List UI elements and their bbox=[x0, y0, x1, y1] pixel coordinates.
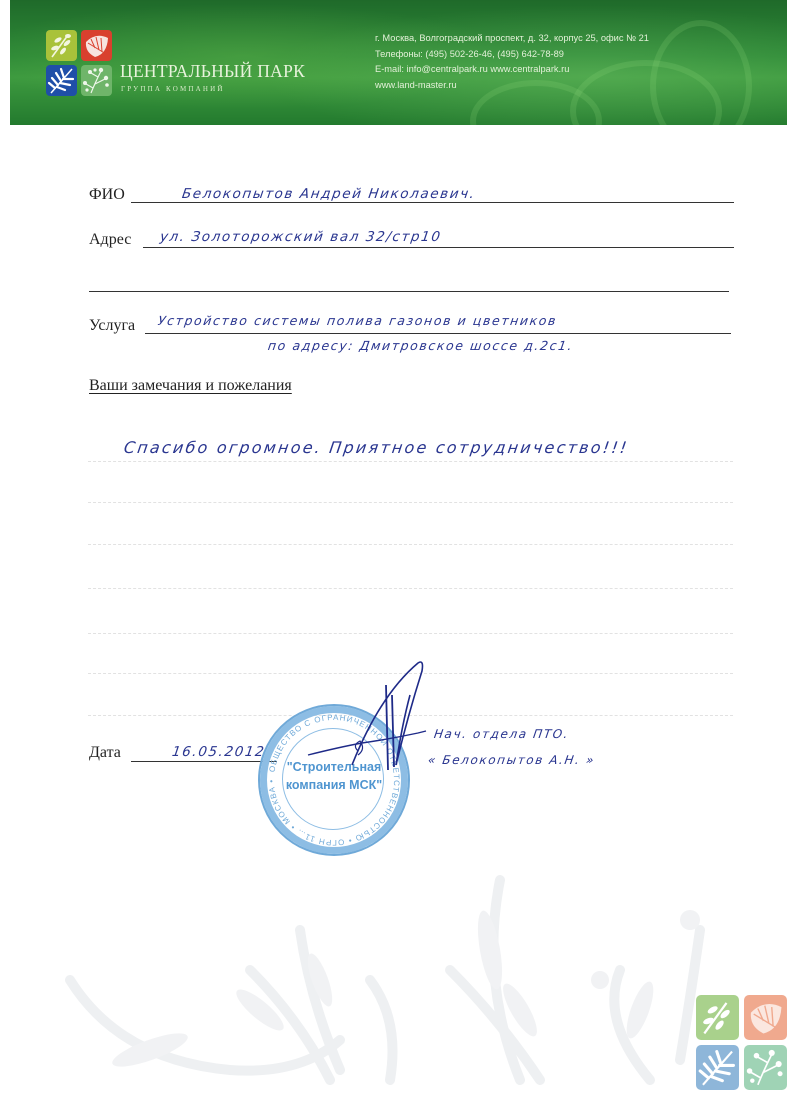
fern-icon bbox=[46, 65, 77, 96]
company-email-web: E-mail: info@centralpark.ru www.centralp… bbox=[375, 62, 649, 78]
company-phones: Телефоны: (495) 502-26-46, (495) 642-78-… bbox=[375, 47, 649, 63]
brand-subtitle: ГРУППА КОМПАНИЙ bbox=[121, 85, 225, 93]
service-label: Услуга bbox=[89, 317, 135, 335]
company-address: г. Москва, Волгоградский проспект, д. 32… bbox=[375, 31, 649, 47]
berries-icon bbox=[744, 1045, 787, 1090]
fio-value: Белокопытов Андрей Николаевич. bbox=[181, 186, 477, 202]
contact-block: г. Москва, Волгоградский проспект, д. 32… bbox=[375, 31, 649, 93]
address-label: Адрес bbox=[89, 231, 131, 249]
brand-name: ЦЕНТРАЛЬНЫЙ ПАРК bbox=[120, 61, 305, 82]
comment-line-4 bbox=[88, 588, 733, 589]
company-logo bbox=[46, 30, 112, 96]
fern-icon bbox=[696, 1045, 739, 1090]
address-line-2 bbox=[89, 290, 729, 292]
service-value-line1: Устройство системы полива газонов и цвет… bbox=[157, 313, 558, 328]
signature bbox=[300, 655, 440, 785]
berries-icon bbox=[81, 65, 112, 96]
service-line bbox=[145, 332, 731, 334]
floral-watermark bbox=[0, 860, 800, 1100]
signatory-title: Нач. отдела ПТО. bbox=[433, 727, 570, 741]
comment-line-1 bbox=[88, 461, 733, 462]
comments-title: Ваши замечания и пожелания bbox=[89, 377, 292, 395]
date-label: Дата bbox=[89, 744, 121, 762]
address-line bbox=[143, 246, 734, 248]
footer-logo bbox=[696, 995, 788, 1091]
company-website: www.land-master.ru bbox=[375, 78, 649, 94]
signatory-name: « Белокопытов А.Н. » bbox=[427, 753, 596, 767]
date-value: 16.05.2012 bbox=[171, 744, 267, 760]
letterhead-banner: ЦЕНТРАЛЬНЫЙ ПАРК ГРУППА КОМПАНИЙ г. Моск… bbox=[10, 0, 787, 125]
address-value: ул. Золоторожский вал 32/стр10 bbox=[159, 229, 443, 245]
comment-line-5 bbox=[88, 633, 733, 634]
fio-label: ФИО bbox=[89, 186, 125, 204]
date-line bbox=[131, 760, 277, 762]
sprig-icon bbox=[696, 995, 739, 1040]
sprig-icon bbox=[46, 30, 77, 61]
comments-value: Спасибо огромное. Приятное сотрудничеств… bbox=[123, 438, 630, 457]
comment-line-2 bbox=[88, 502, 733, 503]
leaf-icon bbox=[81, 30, 112, 61]
service-value-line2: по адресу: Дмитровское шоссе д.2с1. bbox=[267, 338, 574, 353]
comment-line-3 bbox=[88, 544, 733, 545]
leaf-icon bbox=[744, 995, 787, 1040]
